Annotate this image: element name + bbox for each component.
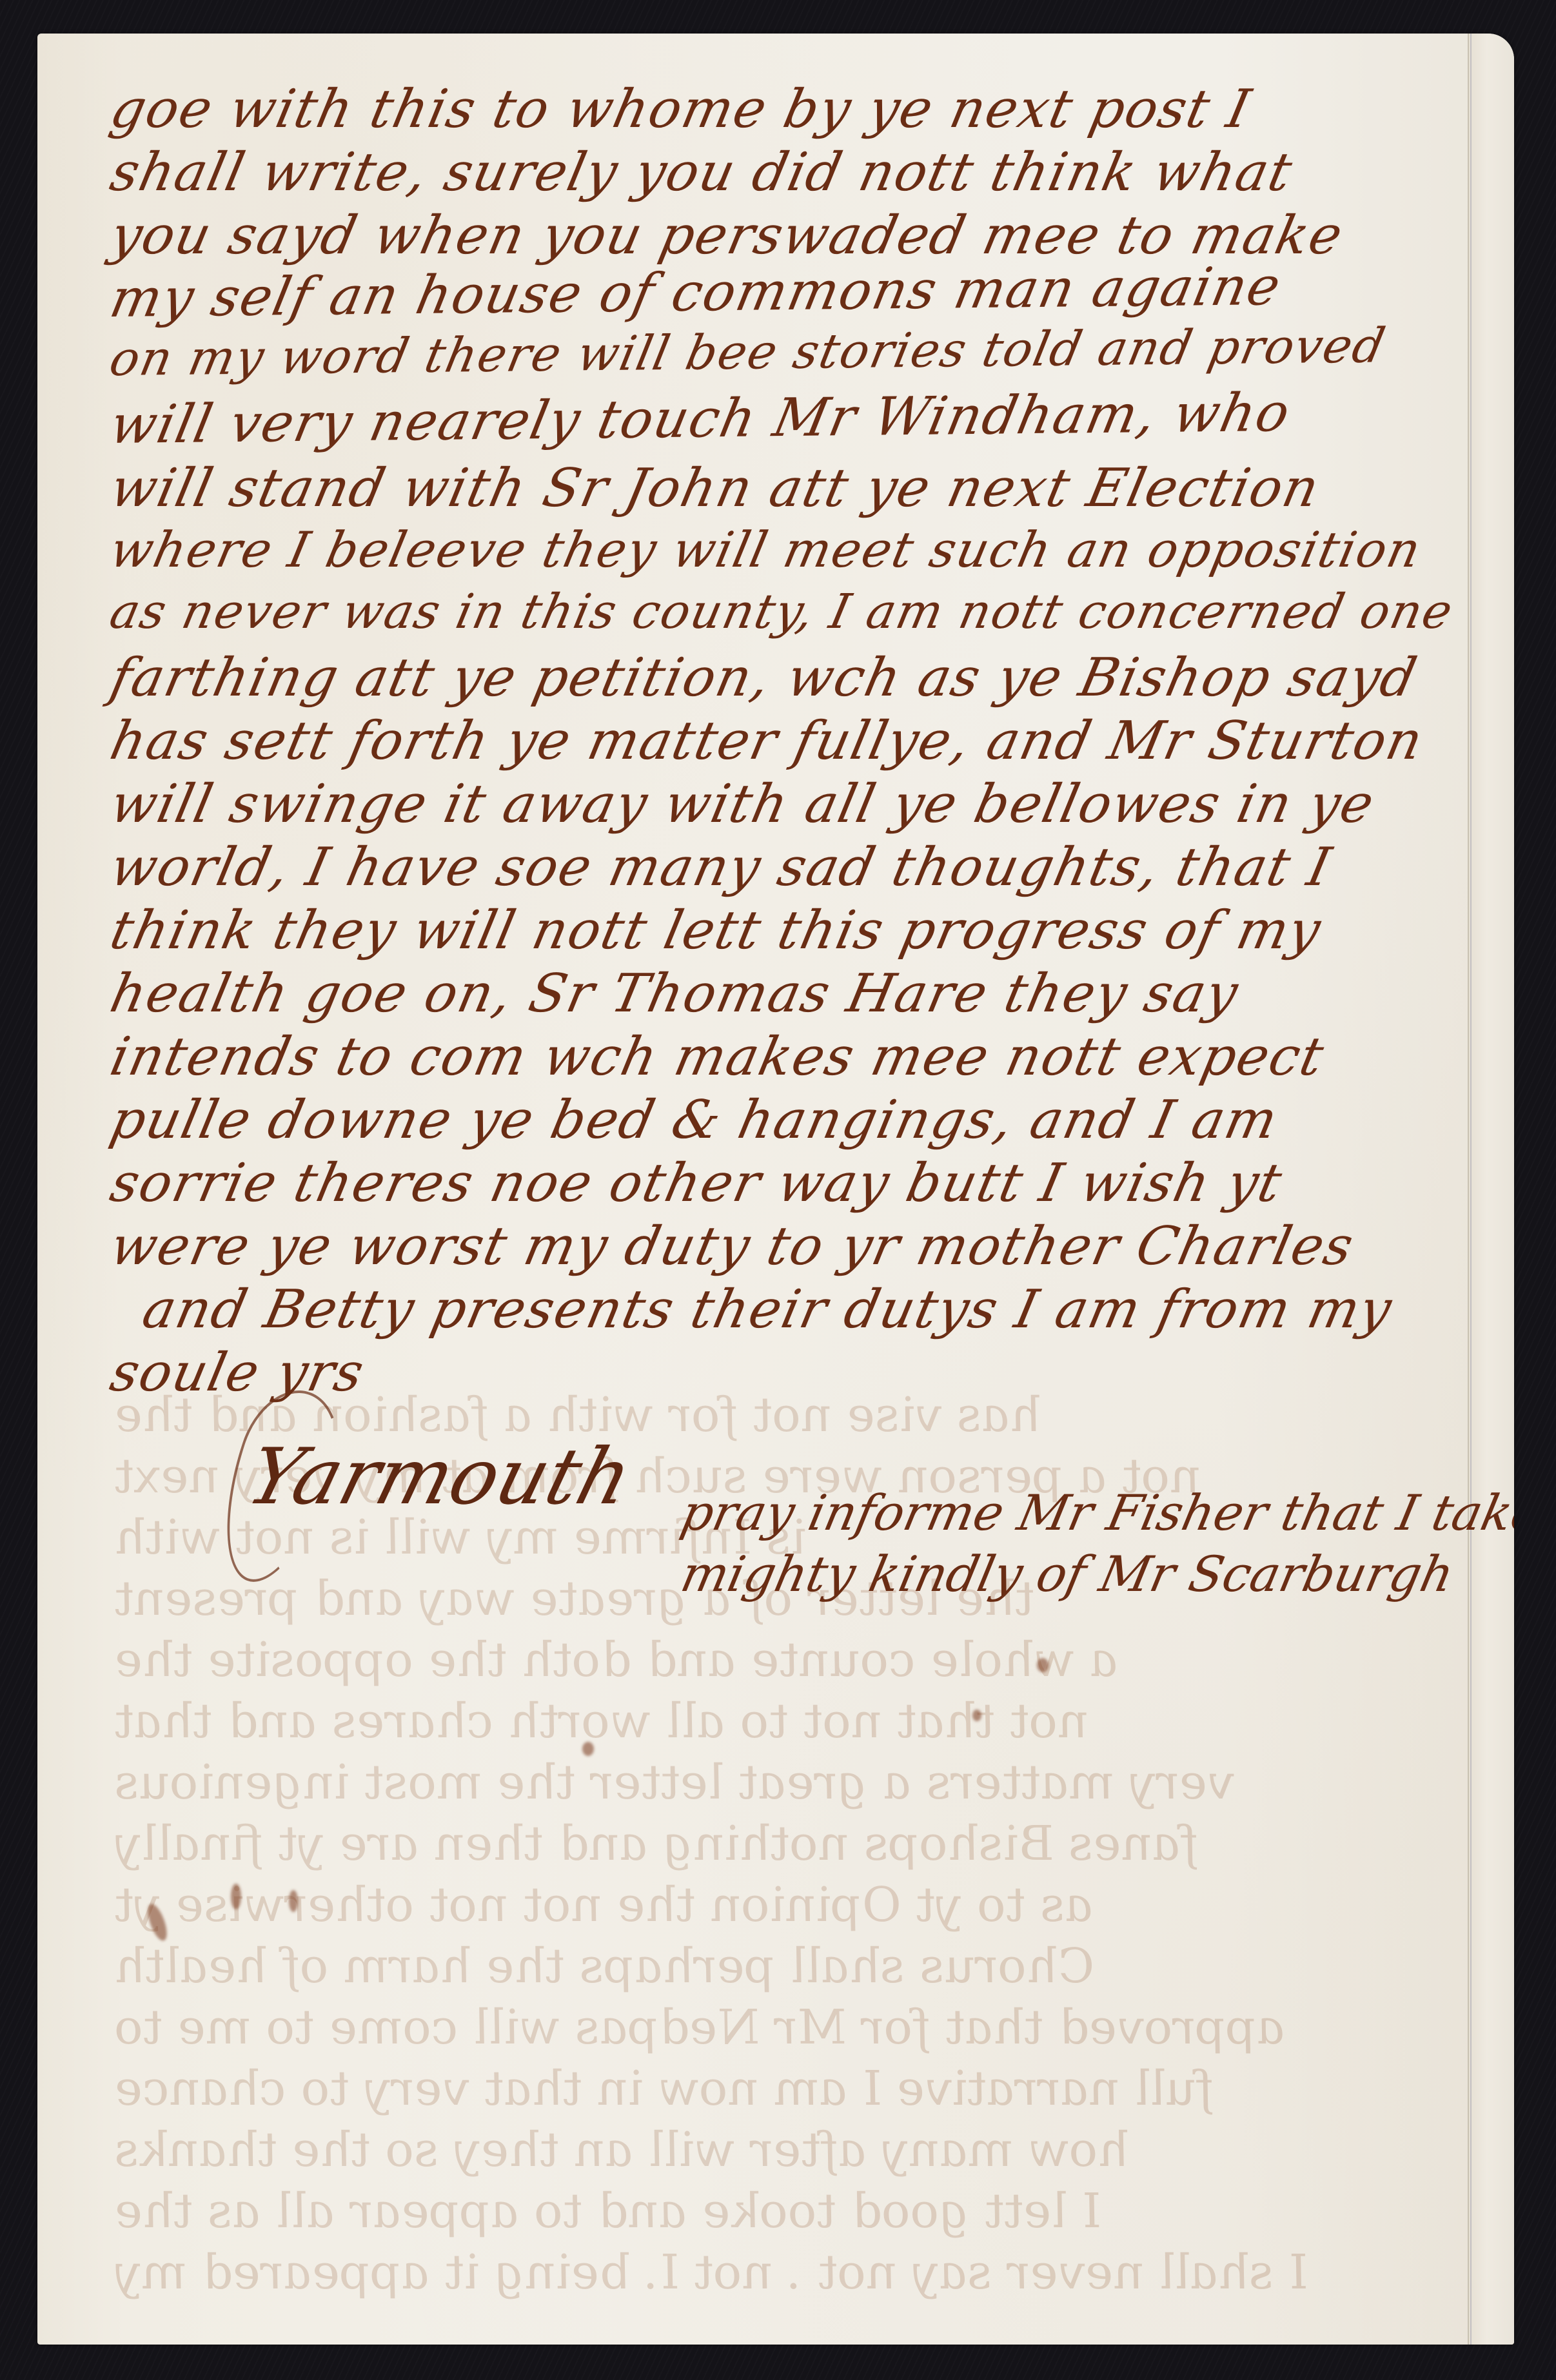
letter-line: health goe on, Sr Thomas Hare they say (105, 963, 1245, 1024)
ink-blot (582, 1742, 594, 1756)
letter-line: farthing att ye petition, wch as ye Bish… (105, 647, 1423, 708)
letter-line: and Betty presents their dutys I am from… (137, 1279, 1398, 1340)
postscript-line: mighty kindly of Mr Scarburgh (676, 1545, 1459, 1603)
letter-line: goe with this to whome by ye next post I (105, 79, 1257, 140)
letter-closing: soule yrs (105, 1342, 370, 1403)
letter-line: sorrie theres noe other way butt I wish … (105, 1153, 1288, 1214)
letter-line: world, I have soe many sad thoughts, tha… (105, 837, 1337, 898)
postscript-line: pray informe Mr Fisher that I take itt (676, 1484, 1514, 1541)
bleed-line: I lett good tooke and to appear all as t… (110, 2183, 1473, 2239)
signature: Yarmouth (238, 1432, 641, 1522)
letter-line: will stand with Sr John att ye next Elec… (105, 458, 1325, 519)
bleed-line: very matters a great letter the most ing… (110, 1755, 1473, 1810)
letter-line: my self an house of commons man againe (105, 256, 1286, 329)
letter-line: will very nearely touch Mr Windham, who (105, 382, 1296, 456)
ink-blot (231, 1884, 241, 1909)
ink-blot (289, 1890, 298, 1912)
letter-line: will swinge it away with all ye bellowes… (105, 774, 1380, 835)
bleed-line: full narrative I am now in that very to … (110, 2061, 1473, 2116)
manuscript-page: has vise not for with a fashion and the … (37, 34, 1514, 2345)
bleed-line: how many after will an they so the thank… (110, 2122, 1473, 2178)
letter-line: intends to com wch makes mee nott expect (105, 1026, 1330, 1088)
letter-line: think they will nott lett this progress … (105, 900, 1327, 961)
letter-line: has sett forth ye matter fullye, and Mr … (105, 710, 1429, 772)
ink-blot (1037, 1658, 1049, 1672)
letter-line: were ye worst my duty to yr mother Charl… (105, 1216, 1359, 1277)
letter-line: shall write, surely you did nott think w… (105, 142, 1298, 203)
letter-line: as never was in this county, I am nott c… (105, 584, 1459, 639)
page-fold-edge (1468, 34, 1514, 2345)
bleed-line: a whole counte and doth the opposite the (110, 1632, 1473, 1688)
bleed-line: Chorus shall perhaps the harm of health (110, 1938, 1473, 1994)
letter-line: on my word there will bee stories told a… (105, 318, 1391, 387)
bleed-line: approved that for Mr Nedpas will come to… (110, 2000, 1473, 2055)
bleed-line: as to yt Opinion the not not otherwise y… (110, 1877, 1473, 1933)
bleed-line: not that not to all worth chares and tha… (110, 1693, 1473, 1749)
ink-blot (144, 1902, 170, 1943)
ink-blot (972, 1710, 981, 1721)
letter-line: where I beleeve they will meet such an o… (105, 521, 1427, 578)
letter-line: pulle downe ye bed & hangings, and I am (105, 1089, 1284, 1151)
bleed-line: fanes Bishops nothing and then are yt fi… (110, 1816, 1473, 1871)
bleed-line: I shall never say not . not I. being it … (110, 2245, 1473, 2300)
